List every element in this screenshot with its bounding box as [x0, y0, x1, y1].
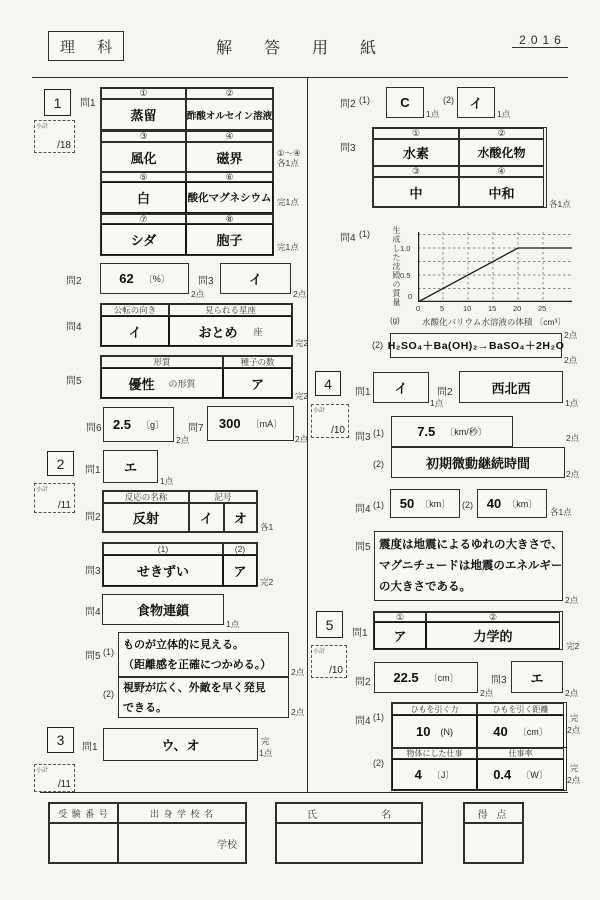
s1-q1-answer-3: 風化: [101, 142, 186, 172]
s5-q4-answer-1: 10 (N): [392, 715, 477, 748]
s2-q2-header-2: 記号: [189, 491, 257, 503]
s5-q4-answer-3: 4 〔J〕: [392, 759, 477, 790]
s2-q1-value: エ: [124, 457, 137, 476]
circle-1: ①: [374, 612, 426, 622]
s1-q5-header-1: 形質: [101, 356, 223, 368]
s4-q3-points-2: 2点: [566, 468, 579, 480]
s5-q1-answer-1: ア: [374, 622, 426, 649]
s4-q1-answer-box: イ: [373, 372, 429, 403]
subject-label: 理 科: [60, 36, 121, 57]
s4-q1-label: 問1: [355, 383, 371, 398]
section1-number-text: 1: [54, 95, 62, 111]
s2-q3-label: 問3: [85, 562, 101, 577]
s5-q4-unit-1: (N): [440, 727, 453, 737]
s5-q4-points-1b: 2点: [567, 724, 580, 736]
s1-q5-points: 完2: [295, 390, 308, 402]
s3-q4-label: 問4: [340, 229, 356, 244]
graph-xtick-0: 0: [416, 304, 420, 313]
s3-q3-table: ① ② 水素 水酸化物 ③ ④ 中 中和: [372, 127, 547, 208]
s1-q1-answer-7: シダ: [101, 224, 186, 255]
s5-q4-value-4: 0.4: [493, 767, 511, 782]
s1-q1-answer-5: 白: [101, 182, 186, 213]
s1-q5-answer-1: 優性 の形質: [101, 368, 223, 398]
s2-q3-table: (1) (2) せきずい ア: [102, 542, 258, 587]
s5-q4-unit-4: 〔W〕: [521, 768, 548, 781]
page-title: 解 答 用 紙: [190, 34, 410, 58]
answer-sheet-page: { "header": {"subject": "理 科", "title": …: [0, 0, 600, 900]
s5-q2-points: 2点: [480, 687, 493, 699]
s1-q5-answer-1-value: 優性: [128, 374, 154, 393]
s3-q4-graph: 生成した沈殿の質量 (g) 1.0 0.5 0 0 5 10 15 20 25 …: [388, 226, 584, 334]
year-label: 2016: [512, 32, 568, 48]
s1-q1-note-each: 各1点: [277, 157, 299, 169]
s1-q5-table: 形質 種子の数 優性 の形質 ア: [100, 355, 293, 399]
s1-q3-points: 2点: [293, 288, 306, 300]
s5-q4-unit-2: 〔cm〕: [518, 725, 548, 738]
graph-ytick-0: 0: [408, 292, 412, 301]
circle-2: ②: [426, 612, 560, 622]
s3-q3-answer-1: 水素: [373, 139, 459, 166]
s2-q4-value: 食物連鎖: [137, 600, 189, 619]
s1-q7-answer-box: 300 〔mA〕: [207, 406, 294, 441]
score-cell: [464, 823, 523, 863]
s1-q1-label: 問1: [80, 94, 96, 109]
s5-q4-header-2: ひもを引く距離: [477, 703, 564, 715]
s4-q3-label: 問3: [355, 428, 371, 443]
graph-xtick-25: 25: [538, 304, 546, 313]
section2-number: 2: [47, 451, 74, 476]
circle-5: ⑤: [101, 172, 186, 182]
score-header: 得 点: [464, 803, 523, 823]
s2-q2-header-1: 反応の名称: [103, 491, 189, 503]
circle-3: ③: [101, 131, 186, 142]
s3-q4-equation-box: H₂SO₄＋Ba(OH)₂→BaSO₄＋2H₂O: [390, 333, 562, 358]
s4-q4-value-2: 40: [487, 496, 501, 511]
s1-q4-answer-1: イ: [101, 316, 169, 346]
s1-q7-unit: 〔mA〕: [251, 417, 283, 430]
circle-2: ②: [459, 128, 544, 139]
section1-subtotal-box: 小計 /18: [34, 120, 75, 153]
s1-q2-value: 62: [119, 271, 133, 286]
s1-q1-answer-2: 酢酸オルセイン溶液: [186, 99, 273, 130]
s1-q1-note-complete2: 完1点: [277, 241, 299, 253]
s2-q5-line2b: できる。: [123, 698, 167, 718]
s1-q5-answer-2: ア: [223, 368, 292, 398]
s1-q1-table-c: ⑤ ⑥ 白 酸化マグネシウム: [100, 171, 274, 214]
circle-2: ②: [186, 88, 273, 99]
s5-q2-unit: 〔cm〕: [429, 671, 459, 684]
graph-plot-area: [418, 232, 572, 302]
s4-q3-sub1: (1): [373, 428, 384, 438]
s2-q3-header-2: (2): [223, 543, 257, 555]
circle-4: ④: [186, 131, 273, 142]
s2-q2-points: 各1: [260, 521, 273, 533]
s5-q3-answer-box: エ: [511, 661, 563, 693]
s1-q4-table: 公転の向き 見られる星座 イ おとめ 座: [100, 303, 293, 347]
subtotal-label: 小計: [36, 121, 48, 130]
s1-q3-answer-box: イ: [220, 263, 291, 294]
subtotal-label: 小計: [36, 765, 48, 774]
section4-subtotal-box: 小計 /10: [311, 404, 349, 438]
section2-subtotal-box: 小計 /11: [34, 483, 75, 513]
page-title-text: 解 答 用 紙: [216, 35, 384, 58]
footer-rule: [40, 792, 568, 793]
s4-q3-points-1: 2点: [566, 432, 579, 444]
footer-id-table: 受 験 番 号 出 身 学 校 名 学校: [48, 802, 247, 864]
s1-q6-points: 2点: [176, 434, 189, 446]
s1-q1-note-complete1: 完1点: [277, 196, 299, 208]
s4-q2-value: 西北西: [491, 378, 530, 397]
s4-q5-line2: マグニチュードは地震のエネルギー: [379, 556, 562, 577]
s4-q2-points: 1点: [565, 397, 578, 409]
s1-q4-label: 問4: [66, 318, 82, 333]
s4-q3-value-1: 7.5: [417, 424, 435, 439]
graph-y-axis-unit: (g): [390, 316, 400, 325]
s5-q4-answer-4: 0.4 〔W〕: [477, 759, 564, 790]
s1-q2-points: 2点: [191, 288, 204, 300]
s4-q4-sub2: (2): [462, 500, 473, 510]
s2-q5-line2a: 視野が広く、外敵を早く発見: [123, 678, 266, 698]
s5-q2-value: 22.5: [393, 670, 418, 685]
family-name-label: 氏: [307, 806, 317, 821]
s3-q3-answer-4: 中和: [459, 177, 544, 207]
s4-q3-value-2: 初期微動継続時間: [426, 453, 530, 472]
s3-q2-answer-box-2: イ: [457, 87, 495, 118]
s1-q2-answer-box: 62 〔%〕: [100, 263, 189, 294]
s5-q1-table: ① ② ア 力学的: [373, 611, 563, 650]
circle-4: ④: [459, 166, 544, 177]
s1-q7-label: 問7: [188, 419, 204, 434]
s2-q2-label: 問2: [85, 508, 101, 523]
s3-q2-points-1: 1点: [426, 108, 439, 120]
s4-q4-unit-1: 〔km〕: [420, 497, 450, 510]
graph-xtick-15: 15: [488, 304, 496, 313]
section1-number: 1: [44, 89, 71, 116]
subtotal-value: /11: [58, 500, 71, 511]
s1-q4-points: 完2: [295, 337, 308, 349]
s2-q5-line1a: ものが立体的に見える。: [123, 635, 244, 655]
s2-q2-answer-2: イ: [189, 503, 224, 532]
s3-q1-value: ウ、オ: [162, 735, 200, 754]
s4-q1-points: 1点: [430, 397, 443, 409]
s4-q4-answer-box-2: 40 〔km〕: [477, 489, 547, 518]
s4-q5-answer-box: 震度は地震によるゆれの大きさで、 マグニチュードは地震のエネルギー の大きさであ…: [374, 531, 563, 601]
graph-x-axis-label: 水酸化バリウム水溶液の体積 〔cm³〕: [422, 316, 566, 328]
s3-q1-answer-box: ウ、オ: [103, 728, 258, 761]
s5-q4-value-2: 40: [493, 724, 507, 739]
s5-q4-sub1: (1): [373, 712, 384, 722]
s3-q3-answer-3: 中: [373, 177, 459, 207]
school-suffix-label: 学校: [217, 836, 237, 851]
graph-xtick-20: 20: [513, 304, 521, 313]
s4-q5-line1: 震度は地震によるゆれの大きさで、: [379, 535, 563, 556]
name-cell: [276, 823, 422, 863]
s2-q2-table: 反応の名称 記号 反射 イ オ: [102, 490, 258, 533]
exam-number-header: 受 験 番 号: [49, 803, 118, 823]
s3-q3-label: 問3: [340, 139, 356, 154]
s3-q2-value-1: C: [400, 95, 409, 110]
circle-1: ①: [101, 88, 186, 99]
s3-q2-sub2: (2): [443, 95, 454, 105]
subtotal-label: 小計: [36, 484, 48, 493]
s2-q4-label: 問4: [85, 603, 101, 618]
circle-8: ⑧: [186, 214, 273, 224]
graph-ytick-0.5: 0.5: [400, 271, 410, 280]
s1-q5-label: 問5: [66, 372, 82, 387]
s3-q4-equation: H₂SO₄＋Ba(OH)₂→BaSO₄＋2H₂O: [388, 338, 565, 353]
circle-6: ⑥: [186, 172, 273, 182]
section2-number-text: 2: [57, 456, 65, 472]
s1-q1-table-d: ⑦ ⑧ シダ 胞子: [100, 213, 274, 256]
s1-q6-answer-box: 2.5 〔g〕: [103, 407, 174, 442]
s4-q4-points: 各1点: [550, 506, 572, 518]
s1-q6-unit: 〔g〕: [141, 418, 164, 431]
s1-q1-table-a: ① ② 蒸留 酢酸オルセイン溶液: [100, 87, 274, 131]
s1-q5-suffix: の形質: [169, 377, 196, 390]
s1-q7-points: 2点: [295, 433, 308, 445]
s5-q3-label: 問3: [491, 671, 507, 686]
s3-q2-label: 問2: [340, 95, 356, 110]
s3-q4-sub2: (2): [372, 340, 383, 350]
s3-q2-points-2: 1点: [497, 108, 510, 120]
s5-q4-sub2: (2): [373, 758, 384, 768]
given-name-label: 名: [381, 806, 391, 821]
section5-number: 5: [316, 611, 343, 638]
footer-name-table: 氏 名: [275, 802, 423, 864]
subtotal-value: /10: [331, 425, 345, 436]
s2-q5-line1b: （距離感を正確につかめる。）: [123, 655, 271, 675]
s4-q3-unit-1: 〔km/秒〕: [445, 425, 487, 438]
s1-q3-value: イ: [249, 269, 262, 288]
name-header: 氏 名: [276, 803, 422, 823]
s2-q5-label: 問5: [85, 647, 101, 662]
section4-number: 4: [315, 371, 341, 396]
circle-3: ③: [373, 166, 459, 177]
s2-q2-answer-3: オ: [224, 503, 257, 532]
s5-q3-points: 2点: [565, 687, 578, 699]
school-name-cell: 学校: [118, 823, 246, 863]
s4-q4-answer-box-1: 50 〔km〕: [390, 489, 460, 518]
s2-q3-points: 完2: [260, 576, 273, 588]
s2-q4-answer-box: 食物連鎖: [102, 594, 224, 625]
s1-q1-answer-4: 磁界: [186, 142, 273, 172]
s2-q5-sub1: (1): [103, 647, 114, 657]
s2-q1-points: 1点: [160, 475, 173, 487]
s1-q7-value: 300: [219, 416, 241, 431]
s5-q4-header-4: 仕事率: [477, 748, 564, 759]
s5-q4-value-3: 4: [415, 767, 422, 782]
s2-q5-sub2: (2): [103, 689, 114, 699]
footer-score-table: 得 点: [463, 802, 524, 864]
s2-q5-answer-box-1: ものが立体的に見える。 （距離感を正確につかめる。）: [118, 632, 289, 677]
s1-q4-suffix: 座: [254, 325, 263, 338]
s2-q4-points: 1点: [226, 618, 239, 630]
graph-ytick-1.0: 1.0: [400, 244, 410, 253]
s3-q3-answer-2: 水酸化物: [459, 139, 544, 166]
s2-q3-answer-1: せきずい: [103, 555, 223, 586]
s1-q3-label: 問3: [198, 272, 214, 287]
s5-q4-header-3: 物体にした仕事: [392, 748, 477, 759]
section3-subtotal-box: 小計 /11: [34, 764, 75, 792]
s5-q4-table-2: 物体にした仕事 仕事率 4 〔J〕 0.4 〔W〕: [391, 747, 567, 791]
s3-q1-points-a: 完: [261, 735, 270, 747]
s1-q6-label: 問6: [86, 419, 102, 434]
s3-q4-points-2: 2点: [564, 354, 577, 366]
s1-q2-unit: 〔%〕: [144, 272, 170, 285]
s4-q4-sub1: (1): [373, 500, 384, 510]
s5-q4-header-1: ひもを引く力: [392, 703, 477, 715]
subject-box: 理 科: [48, 31, 124, 61]
s5-q2-answer-box: 22.5 〔cm〕: [374, 662, 478, 693]
section5-subtotal-box: 小計 /10: [311, 645, 347, 678]
s4-q5-label: 問5: [355, 538, 371, 553]
subtotal-value: /18: [57, 140, 71, 151]
s1-q6-value: 2.5: [113, 417, 131, 432]
s5-q1-points: 完2: [566, 640, 579, 652]
s3-q1-label: 問1: [82, 738, 98, 753]
s3-q1-points-b: 1点: [259, 747, 272, 759]
s3-q2-value-2: イ: [469, 93, 482, 112]
s2-q3-header-1: (1): [103, 543, 223, 555]
header-rule: [32, 77, 568, 78]
s2-q5-answer-box-2: 視野が広く、外敵を早く発見 できる。: [118, 677, 289, 718]
s4-q3-sub2: (2): [373, 459, 384, 469]
s5-q4-table-1: ひもを引く力 ひもを引く距離 10 (N) 40 〔cm〕: [391, 702, 567, 749]
s1-q4-answer-2: おとめ 座: [169, 316, 292, 346]
s4-q2-answer-box: 西北西: [459, 371, 563, 403]
s1-q1-answer-8: 胞子: [186, 224, 273, 255]
s5-q4-answer-2: 40 〔cm〕: [477, 715, 564, 748]
s4-q4-unit-2: 〔km〕: [507, 497, 537, 510]
s5-q4-label: 問4: [355, 712, 371, 727]
s3-q2-sub1: (1): [359, 95, 370, 105]
graph-xtick-10: 10: [463, 304, 471, 313]
s4-q1-value: イ: [394, 378, 407, 397]
s4-q5-points: 2点: [565, 594, 578, 606]
s1-q4-answer-2-value: おとめ: [198, 322, 237, 341]
s2-q5-points-2: 2点: [291, 706, 304, 718]
subtotal-value: /10: [329, 665, 343, 676]
s4-q4-label: 問4: [355, 500, 371, 515]
s4-q2-label: 問2: [437, 383, 453, 398]
exam-number-cell: [49, 823, 118, 863]
year-text: 2016: [519, 33, 566, 47]
s1-q2-label: 問2: [66, 272, 82, 287]
section3-number: 3: [47, 727, 74, 753]
s5-q4-points-1a: 完: [570, 712, 579, 724]
subtotal-label: 小計: [313, 646, 325, 655]
s1-q1-table-b: ③ ④ 風化 磁界: [100, 130, 274, 173]
section5-number-text: 5: [326, 617, 334, 633]
s2-q2-answer-1: 反射: [103, 503, 189, 532]
s3-q4-points-1: 2点: [564, 329, 577, 341]
s1-q1-answer-6: 酸化マグネシウム: [186, 182, 273, 213]
section3-number-text: 3: [57, 732, 65, 748]
s5-q4-value-1: 10: [416, 724, 430, 739]
circle-7: ⑦: [101, 214, 186, 224]
s5-q1-label: 問1: [352, 624, 368, 639]
s2-q3-answer-2: ア: [223, 555, 257, 586]
s1-q5-header-2: 種子の数: [223, 356, 292, 368]
school-name-header: 出 身 学 校 名: [118, 803, 246, 823]
s4-q3-answer-box-1: 7.5 〔km/秒〕: [391, 416, 513, 447]
s2-q1-answer-box: エ: [103, 450, 158, 483]
subtotal-value: /11: [58, 779, 71, 790]
s5-q1-answer-2: 力学的: [426, 622, 560, 649]
graph-xtick-5: 5: [440, 304, 444, 313]
s5-q4-points-2a: 完: [570, 762, 579, 774]
s1-q1-answer-1: 蒸留: [101, 99, 186, 130]
s4-q3-answer-box-2: 初期微動継続時間: [391, 447, 565, 478]
s1-q4-header-1: 公転の向き: [101, 304, 169, 316]
s5-q4-points-2b: 2点: [567, 774, 580, 786]
s5-q4-unit-3: 〔J〕: [432, 768, 455, 781]
s5-q2-label: 問2: [355, 673, 371, 688]
s3-q4-sub1: (1): [359, 229, 370, 239]
s4-q5-line3: の大きさである。: [379, 577, 471, 598]
graph-y-axis-label: 生成した沈殿の質量: [392, 226, 401, 312]
section4-number-text: 4: [324, 376, 332, 392]
s3-q3-points: 各1点: [549, 198, 571, 210]
s2-q1-label: 問1: [85, 461, 101, 476]
s2-q5-points-1: 2点: [291, 666, 304, 678]
subtotal-label: 小計: [313, 405, 325, 414]
s4-q4-value-1: 50: [400, 496, 414, 511]
s1-q4-header-2: 見られる星座: [169, 304, 292, 316]
s5-q3-value: エ: [530, 668, 543, 687]
circle-1: ①: [373, 128, 459, 139]
s3-q2-answer-box-1: C: [386, 87, 424, 118]
